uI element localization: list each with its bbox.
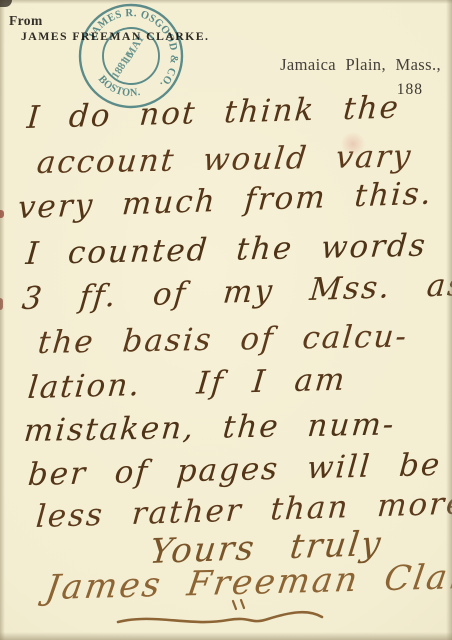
postmark-stamp-icon: JAMES R. OSGOOD & CO. BOSTON. MAY 16 188… xyxy=(76,1,186,111)
handwritten-line-2: account would vary xyxy=(35,138,414,181)
handwritten-line-6: the basis of calcu- xyxy=(36,319,409,362)
ink-blemish-2 xyxy=(0,298,3,310)
handwritten-line-7: lation. If I am xyxy=(26,362,348,406)
paper-edge-left xyxy=(0,0,5,640)
handwritten-line-10: less rather than more. xyxy=(35,485,452,535)
handwritten-line-9: ber of pages will be xyxy=(27,447,443,493)
handwritten-line-4: I counted the words on xyxy=(24,226,452,272)
corner-blemish xyxy=(0,0,12,7)
signature-flourish-icon xyxy=(100,595,340,635)
paper-edge-top xyxy=(0,0,452,4)
from-label: From xyxy=(9,13,43,29)
letter-page: From JAMES FREEMAN CLARKE. Jamaica Plain… xyxy=(0,0,452,640)
paper-edge-right xyxy=(446,0,452,640)
handwritten-line-5: 3 ff. of my Mss. as xyxy=(20,267,452,317)
handwritten-line-8: mistaken, the num- xyxy=(22,406,396,449)
place-line: Jamaica Plain, Mass., xyxy=(280,55,441,75)
ink-blemish-1 xyxy=(0,210,4,218)
handwritten-line-3: very much from this. xyxy=(17,175,434,226)
